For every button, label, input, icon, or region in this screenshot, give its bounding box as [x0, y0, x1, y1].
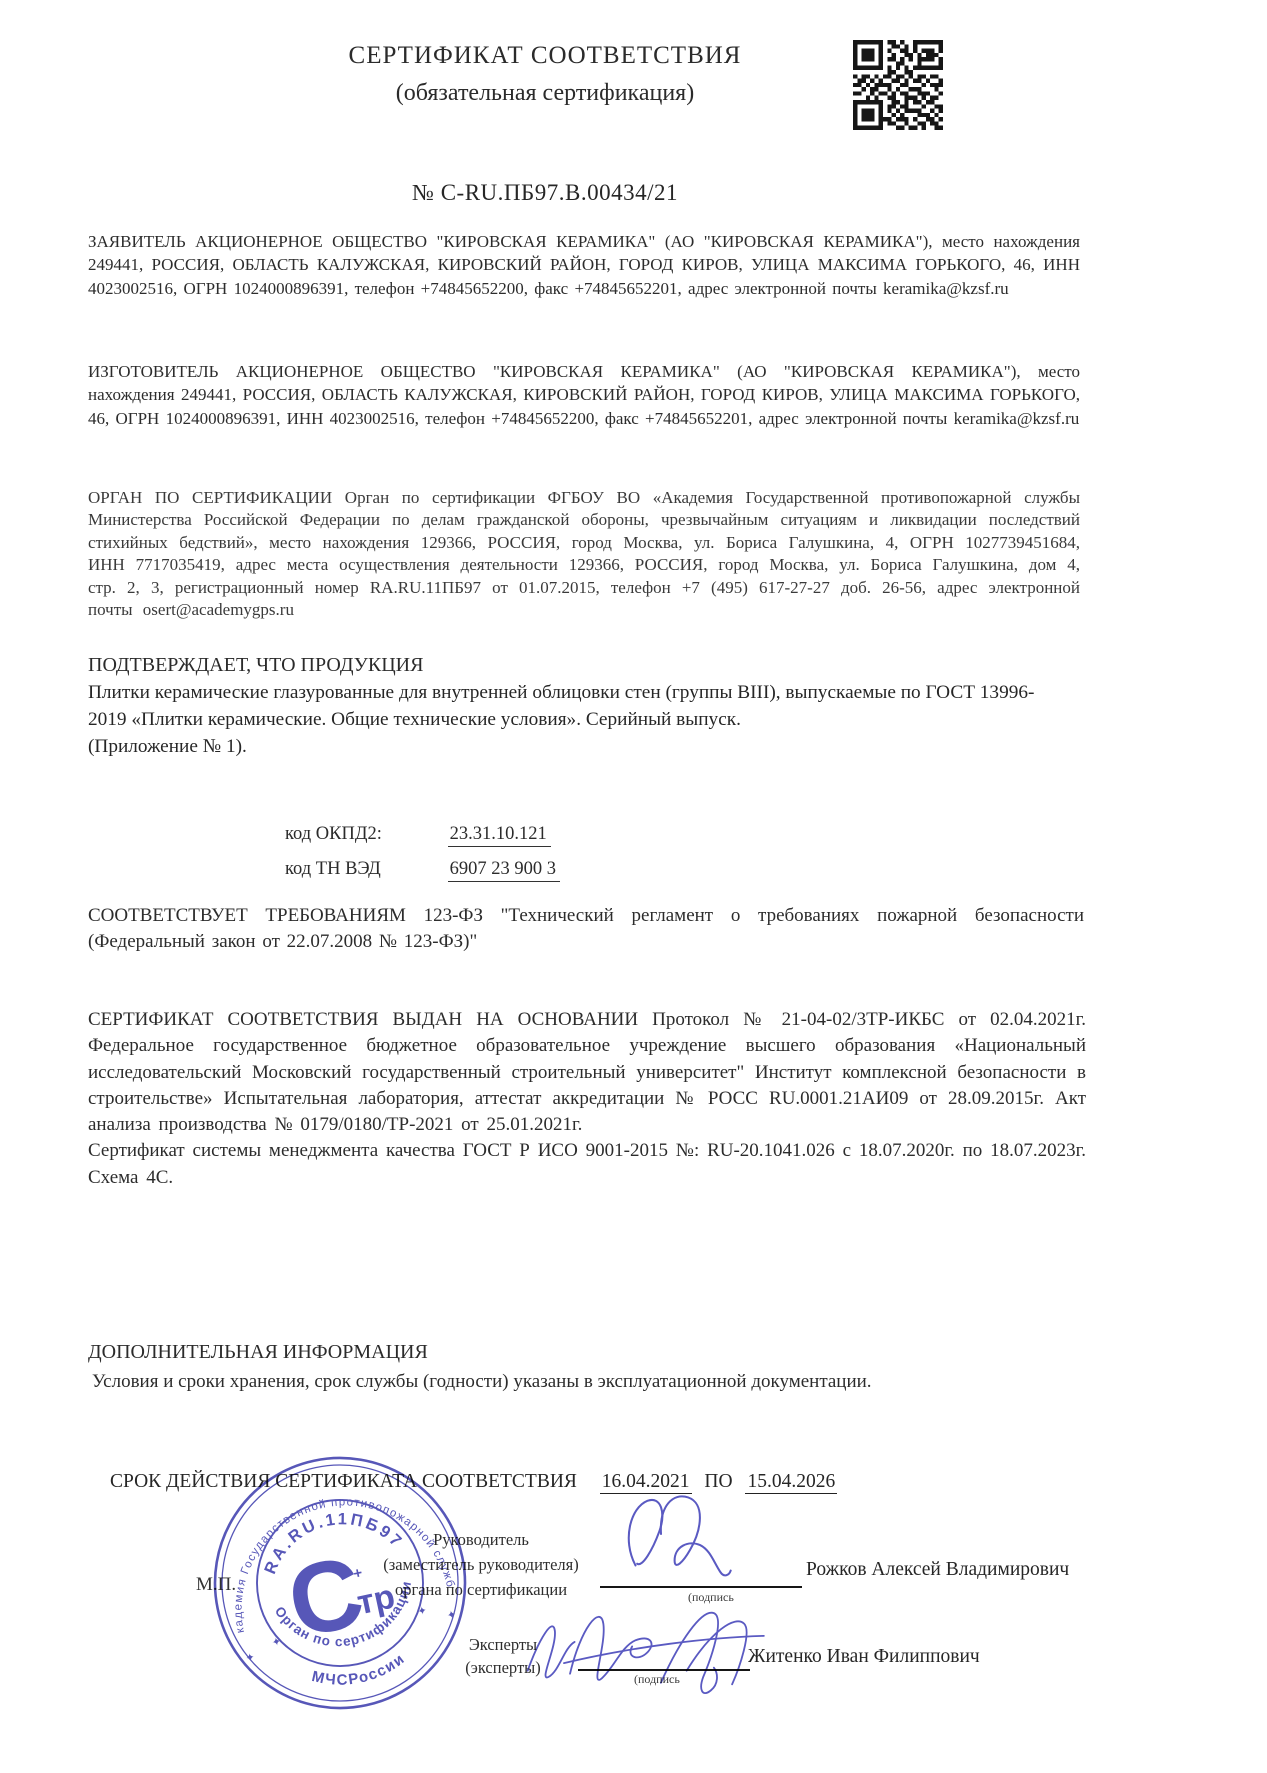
- tnved-value: 6907 23 900 3: [448, 859, 560, 882]
- quality-system-text: Сертификат системы менеджмента качества …: [88, 1138, 1086, 1191]
- expert-name: Житенко Иван Филиппович: [748, 1646, 980, 1668]
- product-annex: (Приложение № 1).: [88, 733, 1050, 760]
- stamp-star-icon: ✦: [271, 1636, 283, 1650]
- issue-basis-text: СЕРТИФИКАТ СООТВЕТСТВИЯ ВЫДАН НА ОСНОВАН…: [88, 1007, 1086, 1138]
- stamp-outer-bottom-text: МЧСРоссии: [307, 1649, 411, 1697]
- issue-basis-block: СЕРТИФИКАТ СООТВЕТСТВИЯ ВЫДАН НА ОСНОВАН…: [88, 1007, 1086, 1191]
- stamp-star-icon: ✦: [446, 1609, 458, 1623]
- page-subtitle: (обязательная сертификация): [150, 80, 940, 107]
- product-description-block: Плитки керамические глазурованные для вн…: [88, 679, 1050, 760]
- code-row-tnved: код ТН ВЭД 6907 23 900 3: [285, 859, 560, 882]
- certificate-number: № C-RU.ПБ97.В.00434/21: [150, 180, 940, 206]
- additional-info-heading: ДОПОЛНИТЕЛЬНАЯ ИНФОРМАЦИЯ: [88, 1341, 428, 1364]
- head-signature-line: [600, 1586, 802, 1588]
- qr-code-icon: [853, 40, 943, 130]
- head-handwritten-signature: [610, 1487, 780, 1581]
- okpd2-value: 23.31.10.121: [448, 824, 551, 847]
- tnved-label: код ТН ВЭД: [285, 859, 435, 880]
- stamp-star-icon: ✦: [417, 1605, 429, 1619]
- certification-body-paragraph: ОРГАН ПО СЕРТИФИКАЦИИ Орган по сертифика…: [88, 487, 1080, 621]
- code-row-okpd2: код ОКПД2: 23.31.10.121: [285, 824, 551, 847]
- expert-handwritten-signature: [520, 1598, 770, 1704]
- page-title: СЕРТИФИКАТ СООТВЕТСТВИЯ: [150, 42, 940, 70]
- confirms-product-heading: ПОДТВЕРЖДАЕТ, ЧТО ПРОДУКЦИЯ: [88, 654, 423, 677]
- compliance-paragraph: СООТВЕТСТВУЕТ ТРЕБОВАНИЯМ 123-ФЗ "Технич…: [88, 903, 1084, 955]
- okpd2-label: код ОКПД2:: [285, 824, 435, 845]
- head-name: Рожков Алексей Владимирович: [806, 1559, 1069, 1581]
- certification-round-stamp: Академия Государственной противопожарной…: [205, 1448, 475, 1718]
- applicant-paragraph: ЗАЯВИТЕЛЬ АКЦИОНЕРНОЕ ОБЩЕСТВО "КИРОВСКА…: [88, 230, 1080, 300]
- stamp-star-icon: ✦: [245, 1651, 257, 1665]
- stamp-center-small-letters: тр: [354, 1577, 399, 1622]
- product-description: Плитки керамические глазурованные для вн…: [88, 679, 1050, 733]
- certificate-page: СЕРТИФИКАТ СООТВЕТСТВИЯ (обязательная се…: [0, 0, 1267, 1773]
- additional-info-text: Условия и сроки хранения, срок службы (г…: [92, 1371, 1092, 1393]
- manufacturer-paragraph: ИЗГОТОВИТЕЛЬ АКЦИОНЕРНОЕ ОБЩЕСТВО "КИРОВ…: [88, 360, 1080, 430]
